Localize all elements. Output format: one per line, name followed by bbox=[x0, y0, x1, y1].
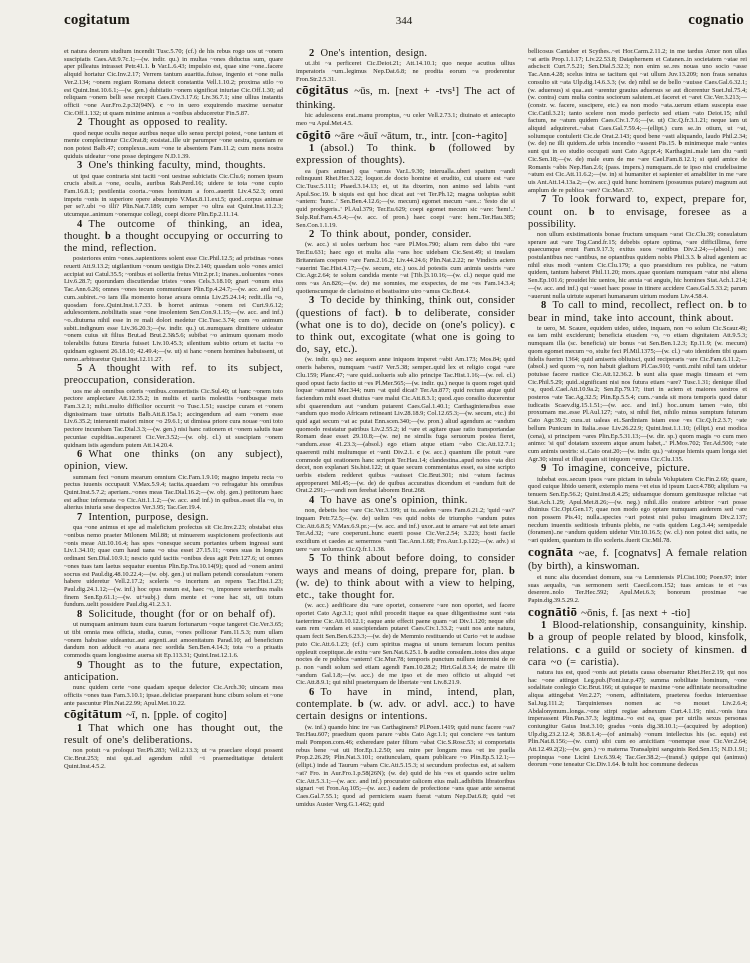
quote-paragraph: quod neque oculis neque auribus neque ul… bbox=[64, 130, 283, 161]
subsense-letter: b bbox=[509, 566, 515, 577]
sense-number: 7 bbox=[541, 194, 552, 205]
quote-paragraph: non ullum existimationis bonae fructum u… bbox=[528, 231, 747, 300]
dictionary-page: cogitatum 344 cognatio et natura deorum … bbox=[0, 0, 750, 963]
entry-heading: cōgitātus ~ūs, m. [next + -tvs¹] The act… bbox=[296, 83, 515, 112]
subsense-letter: b bbox=[678, 140, 682, 147]
column-left: et natura deorum studium incendit Tusc.5… bbox=[64, 48, 283, 961]
sense-number: 9 bbox=[77, 660, 88, 671]
entry-headword: cognātiō bbox=[528, 604, 577, 619]
sense-number: 2 bbox=[309, 48, 320, 59]
quote-paragraph: te uero, M. Scaure, equidem uideo, uideo… bbox=[528, 325, 747, 464]
sense-number: 8 bbox=[541, 300, 552, 311]
entry-headword: cognāta bbox=[528, 544, 573, 559]
quote-paragraph: natura ius est, quod ~onis aut pietatis … bbox=[528, 669, 747, 769]
sense-number: 6 bbox=[309, 687, 320, 698]
entry-heading: cognātiō ~ōnis, f. [as next + -tio] bbox=[528, 605, 747, 621]
quote-paragraph: non potuit ~a proloqui Ter.Ph.283; Vell.… bbox=[64, 747, 283, 770]
quote-paragraph: summam feci ~onum mearum omnium Cic.Fam.… bbox=[64, 474, 283, 513]
subsense-letter: b bbox=[429, 143, 435, 154]
sense-heading: 2Thought as opposed to reality. bbox=[64, 117, 283, 129]
sense-number: 5 bbox=[77, 363, 88, 374]
quote-paragraph: (w. acc.) aedificare diu ~are oportet, c… bbox=[296, 602, 515, 687]
sense-heading: 9To imagine, conceive, picture. bbox=[528, 463, 747, 475]
subsense-letter: d bbox=[741, 645, 747, 656]
subsense-letter: b bbox=[152, 63, 156, 70]
sense-heading: 6What one thinks (on any subject), opini… bbox=[64, 449, 283, 473]
sense-heading: 5To think about before doing, to conside… bbox=[296, 553, 515, 602]
sense-heading: 5A thought with ref. to its subject, pre… bbox=[64, 363, 283, 387]
subsense-letter: b bbox=[589, 207, 595, 218]
quote-paragraph: ea (pars animae) qua ~amus Var.L.9.30; i… bbox=[296, 168, 515, 230]
subsense-letter: b bbox=[158, 302, 162, 309]
sense-heading: 2One's intention, design. bbox=[296, 48, 515, 60]
subsense-letter: c bbox=[417, 449, 420, 456]
sense-heading: 6To have in mind, intend, plan, contempl… bbox=[296, 687, 515, 724]
sense-heading: 1(absol.) To think. b (followed by expre… bbox=[296, 143, 515, 167]
subsense-letter: b bbox=[622, 761, 626, 768]
quote-paragraph: ut ipsi quae contraria sint taciti ~oni … bbox=[64, 173, 283, 219]
sense-number: 1 bbox=[541, 620, 552, 631]
column-center: 2One's intention, design.ut..ibi ~a perf… bbox=[296, 48, 515, 961]
sense-number: 2 bbox=[77, 117, 88, 128]
quote-paragraph: ut..ibi ~a perficeret Cic.Deiot.21; Att.… bbox=[296, 60, 515, 83]
quote-paragraph: ut numquam animum tuum cura tuarum fortu… bbox=[64, 621, 283, 660]
subsense-letter: b bbox=[105, 231, 111, 242]
entry-heading: cōgitō ~āre ~āuī ~ātum, tr., intr. [con-… bbox=[296, 128, 515, 144]
running-head-right: cognatio bbox=[688, 12, 744, 29]
sense-number: 2 bbox=[309, 229, 320, 240]
entry-heading: cognāta ~ae, f. [cognatvs] A female rela… bbox=[528, 545, 747, 574]
sense-heading: 7To look forward to, expect, prepare for… bbox=[528, 194, 747, 231]
quote-paragraph: qua ~one animus et spe ad maleficium pro… bbox=[64, 524, 283, 609]
sense-number: 8 bbox=[77, 609, 88, 620]
quote-continuation: et natura deorum studium incendit Tusc.5… bbox=[64, 48, 283, 117]
quote-paragraph: ei nunc alia ducendast domum, sua ~a Lem… bbox=[528, 574, 747, 605]
sense-number: 1 bbox=[77, 723, 88, 734]
sense-number: 7 bbox=[77, 512, 88, 523]
sense-heading: 1Blood-relationship, consanguinity, kins… bbox=[528, 620, 747, 669]
quote-paragraph: uos me ab omnibus ceteris ~onibus..conue… bbox=[64, 388, 283, 450]
subsense-letter: b bbox=[333, 191, 337, 198]
running-header: cogitatum 344 cognatio bbox=[64, 12, 744, 36]
entry-headword: cōgitātus bbox=[296, 82, 349, 97]
quote-paragraph: nunc quidem certe ~one quadam speque del… bbox=[64, 684, 283, 707]
sense-heading: 3To decide by thinking, think out, consi… bbox=[296, 295, 515, 356]
entry-headword: cōgitō bbox=[296, 127, 331, 142]
column-right: bellicosus Cantaber et Scythes..~et Hor.… bbox=[528, 48, 747, 961]
sense-number: 1 bbox=[309, 143, 320, 154]
quote-paragraph: (w. inf.) quando hinc ire ~as Carthagine… bbox=[296, 724, 515, 809]
text-columns: et natura deorum studium incendit Tusc.5… bbox=[64, 48, 745, 961]
subsense-letter: b bbox=[395, 308, 401, 319]
entry-heading: cōgitātum ~ī, n. [pple. of cogito] bbox=[64, 707, 283, 723]
sense-number: 3 bbox=[77, 160, 88, 171]
entry-headword: cōgitātum bbox=[64, 706, 122, 721]
sense-heading: 4The outcome of thinking, an idea, thoug… bbox=[64, 219, 283, 256]
subsense-letter: c bbox=[510, 320, 515, 331]
sense-number: 9 bbox=[541, 463, 552, 474]
quote-paragraph: (w. indir. qu.) nec aequom anne iniquom … bbox=[296, 356, 515, 495]
quote-paragraph: (w. acc.) si uoles uerbum hoc ~are Pl.Mo… bbox=[296, 241, 515, 295]
sense-heading: 8To call to mind, recollect, reflect on.… bbox=[528, 300, 747, 324]
quote-continuation: bellicosus Cantaber et Scythes..~et Hor.… bbox=[528, 48, 747, 194]
subsense-letter: c bbox=[575, 645, 580, 656]
subsense-letter: b bbox=[528, 632, 534, 643]
sense-heading: 4To have as one's opinion, think. bbox=[296, 495, 515, 507]
page-number: 344 bbox=[64, 15, 744, 27]
sense-heading: 2To think about, ponder, consider. bbox=[296, 229, 515, 241]
subsense-letter: b bbox=[697, 254, 701, 261]
quote-paragraph: hic adulescens erat..manu promptus, ~u c… bbox=[296, 112, 515, 127]
sense-heading: 3One's thinking faculty, mind, thoughts. bbox=[64, 160, 283, 172]
sense-number: 4 bbox=[309, 495, 320, 506]
sense-heading: 8Solicitude, thought (for or on behalf o… bbox=[64, 609, 283, 621]
subsense-letter: c bbox=[160, 102, 163, 109]
sense-number: 4 bbox=[77, 219, 88, 230]
quote-paragraph: posteriores enim ~ones..sapientiores sol… bbox=[64, 255, 283, 363]
subsense-letter: b bbox=[424, 649, 428, 656]
sense-number: 6 bbox=[77, 449, 88, 460]
subsense-letter: b bbox=[728, 300, 734, 311]
subsense-letter: b bbox=[358, 699, 364, 710]
subsense-letter: b bbox=[637, 371, 641, 378]
quote-paragraph: non, debetis hoc ~are Cic.Ver.3.199; ut … bbox=[296, 507, 515, 553]
quote-paragraph: iubebat eos..secum ipsos ~are pictam in … bbox=[528, 476, 747, 545]
sense-number: 3 bbox=[309, 295, 320, 306]
sense-heading: 7Intention, purpose, design. bbox=[64, 512, 283, 524]
sense-heading: 1That which one has thought out, the res… bbox=[64, 723, 283, 747]
sense-heading: 9Thought as to the future, expectation, … bbox=[64, 660, 283, 684]
sense-number: 5 bbox=[309, 553, 320, 564]
